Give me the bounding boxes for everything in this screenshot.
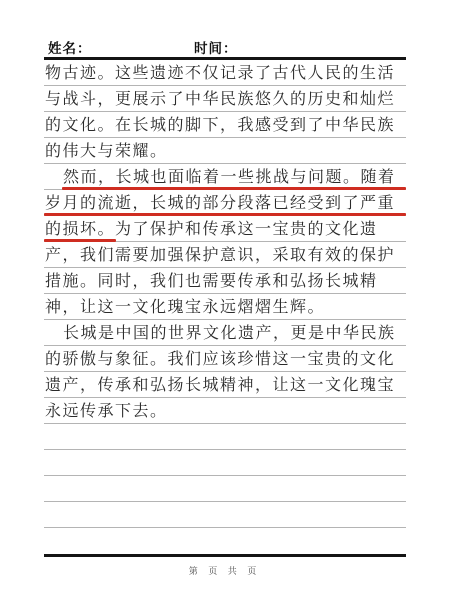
text-line: 的文化。在长城的脚下，我感受到了中华民族 [44, 112, 406, 138]
text-line: 的伟大与荣耀。 [44, 138, 406, 164]
time-label: 时间： [194, 37, 238, 57]
line-text: 的文化。在长城的脚下，我感受到了中华民族 [45, 117, 395, 135]
line-text: 产，我们需要加强保护意识，采取有效的保护 [45, 247, 395, 265]
text-line: 产，我们需要加强保护意识，采取有效的保护 [44, 242, 406, 268]
line-text: 的伟大与荣耀。 [45, 143, 168, 161]
line-text: 然而，长城也面临着一些挑战与问题。随着 [45, 169, 396, 187]
empty-line [44, 424, 406, 450]
line-text: 永远传承下去。 [45, 403, 168, 421]
line-text: 措施。同时，我们也需要传承和弘扬长城精 [45, 273, 378, 291]
worksheet-page: 姓名： 时间： 物古迹。这些遗迹不仅记录了古代人民的生活 与战斗，更展示了中华民… [0, 0, 449, 600]
line-text: 物古迹。这些遗迹不仅记录了古代人民的生活 [45, 65, 395, 83]
line-text: 长城是中国的世界文化遗产，更是中华民族 [45, 325, 396, 343]
name-label: 姓名： [48, 37, 92, 57]
empty-line [44, 502, 406, 528]
text-line: 措施。同时，我们也需要传承和弘扬长城精 [44, 268, 406, 294]
footer-page-label: 第 页 共 页 [0, 564, 449, 577]
writing-sheet: 物古迹。这些遗迹不仅记录了古代人民的生活 与战斗，更展示了中华民族悠久的历史和灿… [44, 57, 406, 557]
line-text: 神，让这一文化瑰宝永远熠熠生辉。 [45, 299, 325, 317]
text-line: 长城是中国的世界文化遗产，更是中华民族 [44, 320, 406, 346]
red-underline-mark [44, 213, 406, 216]
text-line: 与战斗，更展示了中华民族悠久的历史和灿烂 [44, 86, 406, 112]
line-text: 岁月的流逝，长城的部分段落已经受到了严重 [45, 195, 395, 213]
text-line: 的骄傲与象征。我们应该珍惜这一宝贵的文化 [44, 346, 406, 372]
text-line: 物古迹。这些遗迹不仅记录了古代人民的生活 [44, 60, 406, 86]
empty-line [44, 528, 406, 554]
empty-line [44, 450, 406, 476]
text-line: 遗产，传承和弘扬长城精神，让这一文化瑰宝 [44, 372, 406, 398]
text-line: 神，让这一文化瑰宝永远熠熠生辉。 [44, 294, 406, 320]
line-text: 的骄傲与象征。我们应该珍惜这一宝贵的文化 [45, 351, 395, 369]
line-text: 与战斗，更展示了中华民族悠久的历史和灿烂 [45, 91, 395, 109]
red-underline-mark [62, 187, 406, 190]
line-text: 的损坏。为了保护和传承这一宝贵的文化遗 [45, 221, 378, 239]
line-text: 遗产，传承和弘扬长城精神，让这一文化瑰宝 [45, 377, 395, 395]
red-underline-mark [44, 239, 116, 242]
empty-line [44, 476, 406, 502]
text-line: 永远传承下去。 [44, 398, 406, 424]
